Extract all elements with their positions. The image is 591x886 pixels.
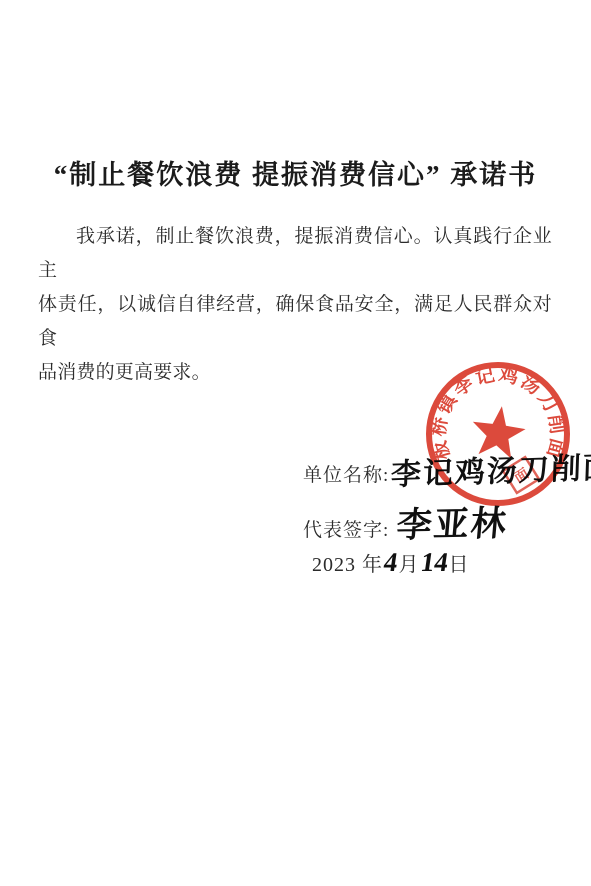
body-line-1: 我承诺，制止餐饮浪费，提振消费信心。认真践行企业主 bbox=[38, 220, 552, 288]
document-title: “制止餐饮浪费 提振消费信心” 承诺书 bbox=[0, 153, 591, 192]
scanned-commitment-letter: “制止餐饮浪费 提振消费信心” 承诺书 我承诺，制止餐饮浪费，提振消费信心。认真… bbox=[0, 0, 591, 886]
representative-signature-row: 代表签字: 李亚林 bbox=[303, 497, 508, 547]
unit-name-label: 单位名称: bbox=[303, 460, 389, 487]
date-year: 2023 年 bbox=[312, 548, 383, 577]
representative-signature-handwritten: 李亚林 bbox=[395, 496, 510, 548]
unit-name-row: 单位名称: 李记鸡汤刀削面 bbox=[303, 446, 591, 490]
date-month-handwritten: 4 bbox=[382, 547, 400, 578]
unit-name-handwritten-value: 李记鸡汤刀削面 bbox=[391, 442, 591, 494]
body-line-2: 体责任，以诚信自律经营，确保食品安全，满足人民群众对食 bbox=[38, 288, 552, 356]
date-month-unit: 月 bbox=[399, 548, 420, 577]
date-day-unit: 日 bbox=[449, 548, 470, 577]
body-line-3: 品消费的更高要求。 bbox=[38, 356, 552, 390]
body-paragraph: 我承诺，制止餐饮浪费，提振消费信心。认真践行企业主 体责任，以诚信自律经营，确保… bbox=[38, 220, 552, 390]
date-day-handwritten: 14 bbox=[418, 547, 449, 578]
representative-signature-label: 代表签字: bbox=[303, 515, 389, 542]
date-row: 2023 年 4 月 14 日 bbox=[312, 547, 470, 578]
